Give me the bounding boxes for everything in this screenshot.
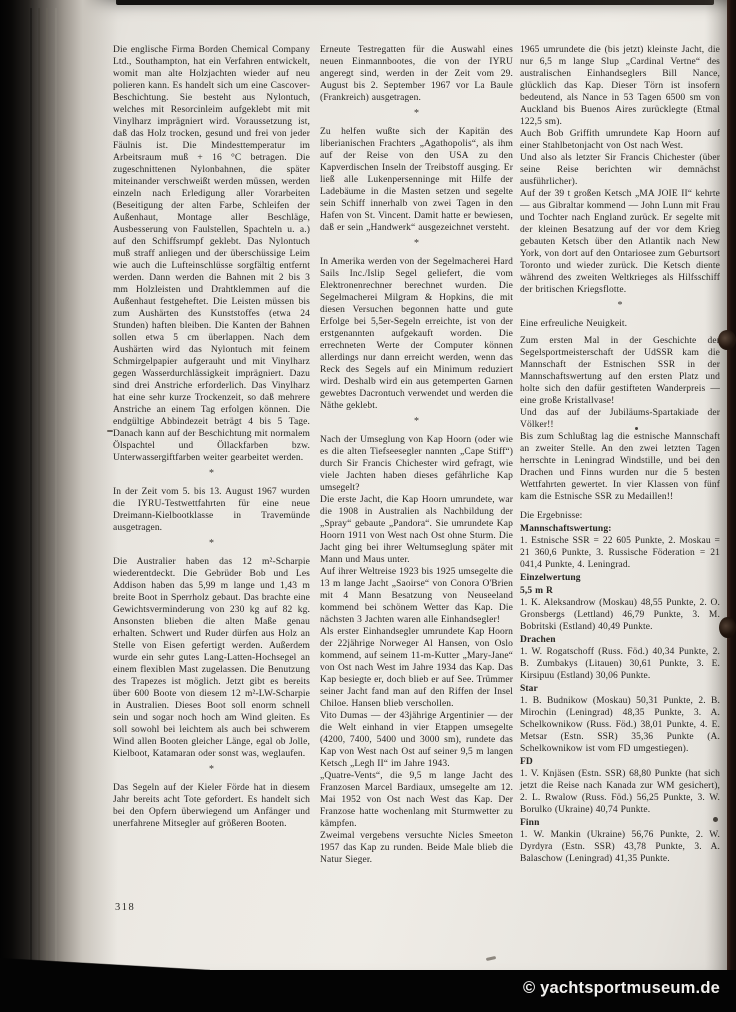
paragraph-separator: *	[113, 469, 310, 479]
paragraph: 1. W. Rogatschoff (Russ. Föd.) 40,34 Pun…	[520, 646, 720, 682]
paragraph: Zu helfen wußte sich der Kapitän des lib…	[320, 126, 513, 234]
paragraph-separator: *	[320, 417, 513, 427]
result-class-heading: Finn	[520, 817, 720, 829]
paragraph: „Quatre-Vents“, die 9,5 m lange Jacht de…	[320, 770, 513, 830]
paragraph: Die Ergebnisse:	[520, 510, 720, 522]
result-class-heading: Einzelwertung	[520, 572, 720, 584]
paragraph: In Amerika werden von der Segelmacherei …	[320, 256, 513, 412]
page-top-edge-shadow	[116, 0, 714, 5]
scanned-book-page: Die englische Firma Borden Chemical Comp…	[0, 0, 736, 1012]
paragraph: Eine erfreuliche Neuigkeit.	[520, 318, 720, 330]
paragraph: Und das auf der Jubiläums-Spartakiade de…	[520, 407, 720, 431]
watermark-bar: © yachtsportmuseum.de	[0, 970, 736, 1012]
paragraph: Vito Dumas — der 43jährige Argentinier —…	[320, 710, 513, 770]
result-class-heading: 5,5 m R	[520, 585, 720, 597]
paragraph: Die erste Jacht, die Kap Hoorn umrundete…	[320, 494, 513, 566]
scan-right-edge-strip	[727, 0, 736, 1012]
ink-speck	[713, 817, 718, 822]
page-edge-line	[30, 8, 32, 970]
page-edge-line	[38, 8, 40, 970]
result-class-heading: FD	[520, 756, 720, 768]
result-class-heading: Mannschaftswertung:	[520, 523, 720, 535]
watermark-text: © yachtsportmuseum.de	[523, 979, 720, 998]
paragraph-separator: *	[320, 109, 513, 119]
paragraph-separator: *	[113, 765, 310, 775]
text-column-3: 1965 umrundete die (bis jetzt) kleinste …	[520, 44, 720, 865]
paragraph: Auf der 39 t großen Ketsch „MA JOIE II“ …	[520, 188, 720, 296]
page-edge-line	[46, 8, 48, 970]
paragraph: 1. Estnische SSR = 22 605 Punkte, 2. Mos…	[520, 535, 720, 571]
paragraph: Auf ihrer Weltreise 1923 bis 1925 umsege…	[320, 566, 513, 626]
paragraph-separator: *	[520, 301, 720, 311]
paragraph-separator: *	[113, 539, 310, 549]
paragraph: Erneute Testregatten für die Auswahl ein…	[320, 44, 513, 104]
text-column-2: Erneute Testregatten für die Auswahl ein…	[320, 44, 513, 866]
paragraph: 1. B. Budnikow (Moskau) 50,31 Punkte, 2.…	[520, 695, 720, 755]
paragraph: Bis zum Schlußtag lag die estnische Mann…	[520, 431, 720, 503]
paragraph-separator: *	[320, 239, 513, 249]
paragraph: Die englische Firma Borden Chemical Comp…	[113, 44, 310, 464]
paragraph: 1. K. Aleksandrow (Moskau) 48,55 Punkte,…	[520, 597, 720, 633]
paragraph: 1965 umrundete die (bis jetzt) kleinste …	[520, 44, 720, 128]
result-class-heading: Star	[520, 683, 720, 695]
paragraph: Als erster Einhandsegler umrundete Kap H…	[320, 626, 513, 710]
ink-blob	[719, 617, 736, 638]
paragraph: Die Australier haben das 12 m²-Scharpie …	[113, 556, 310, 760]
text-column-1: Die englische Firma Borden Chemical Comp…	[113, 44, 310, 830]
paragraph: Zweimal vergebens versuchte Nicles Smeet…	[320, 830, 513, 866]
paragraph: In der Zeit vom 5. bis 13. August 1967 w…	[113, 486, 310, 534]
paragraph: Zum ersten Mal in der Geschichte der Seg…	[520, 335, 720, 407]
page-edge-line	[55, 8, 57, 970]
ink-speck	[635, 427, 638, 430]
paragraph: Das Segeln auf der Kieler Förde hat in d…	[113, 782, 310, 830]
ink-speck	[107, 430, 113, 432]
ink-blob	[718, 330, 736, 350]
paragraph: Und also als letzter Sir Francis Chiches…	[520, 152, 720, 188]
paragraph: Auch Bob Griffith umrundete Kap Hoorn au…	[520, 128, 720, 152]
paragraph: Nach der Umseglung von Kap Hoorn (oder w…	[320, 434, 513, 494]
book-binding-gutter	[0, 0, 118, 1012]
result-class-heading: Drachen	[520, 634, 720, 646]
page-number: 318	[115, 902, 135, 913]
paragraph: 1. W. Mankin (Ukraine) 56,76 Punkte, 2. …	[520, 829, 720, 865]
paragraph: 1. V. Knjäsen (Estn. SSR) 68,80 Punkte (…	[520, 768, 720, 816]
